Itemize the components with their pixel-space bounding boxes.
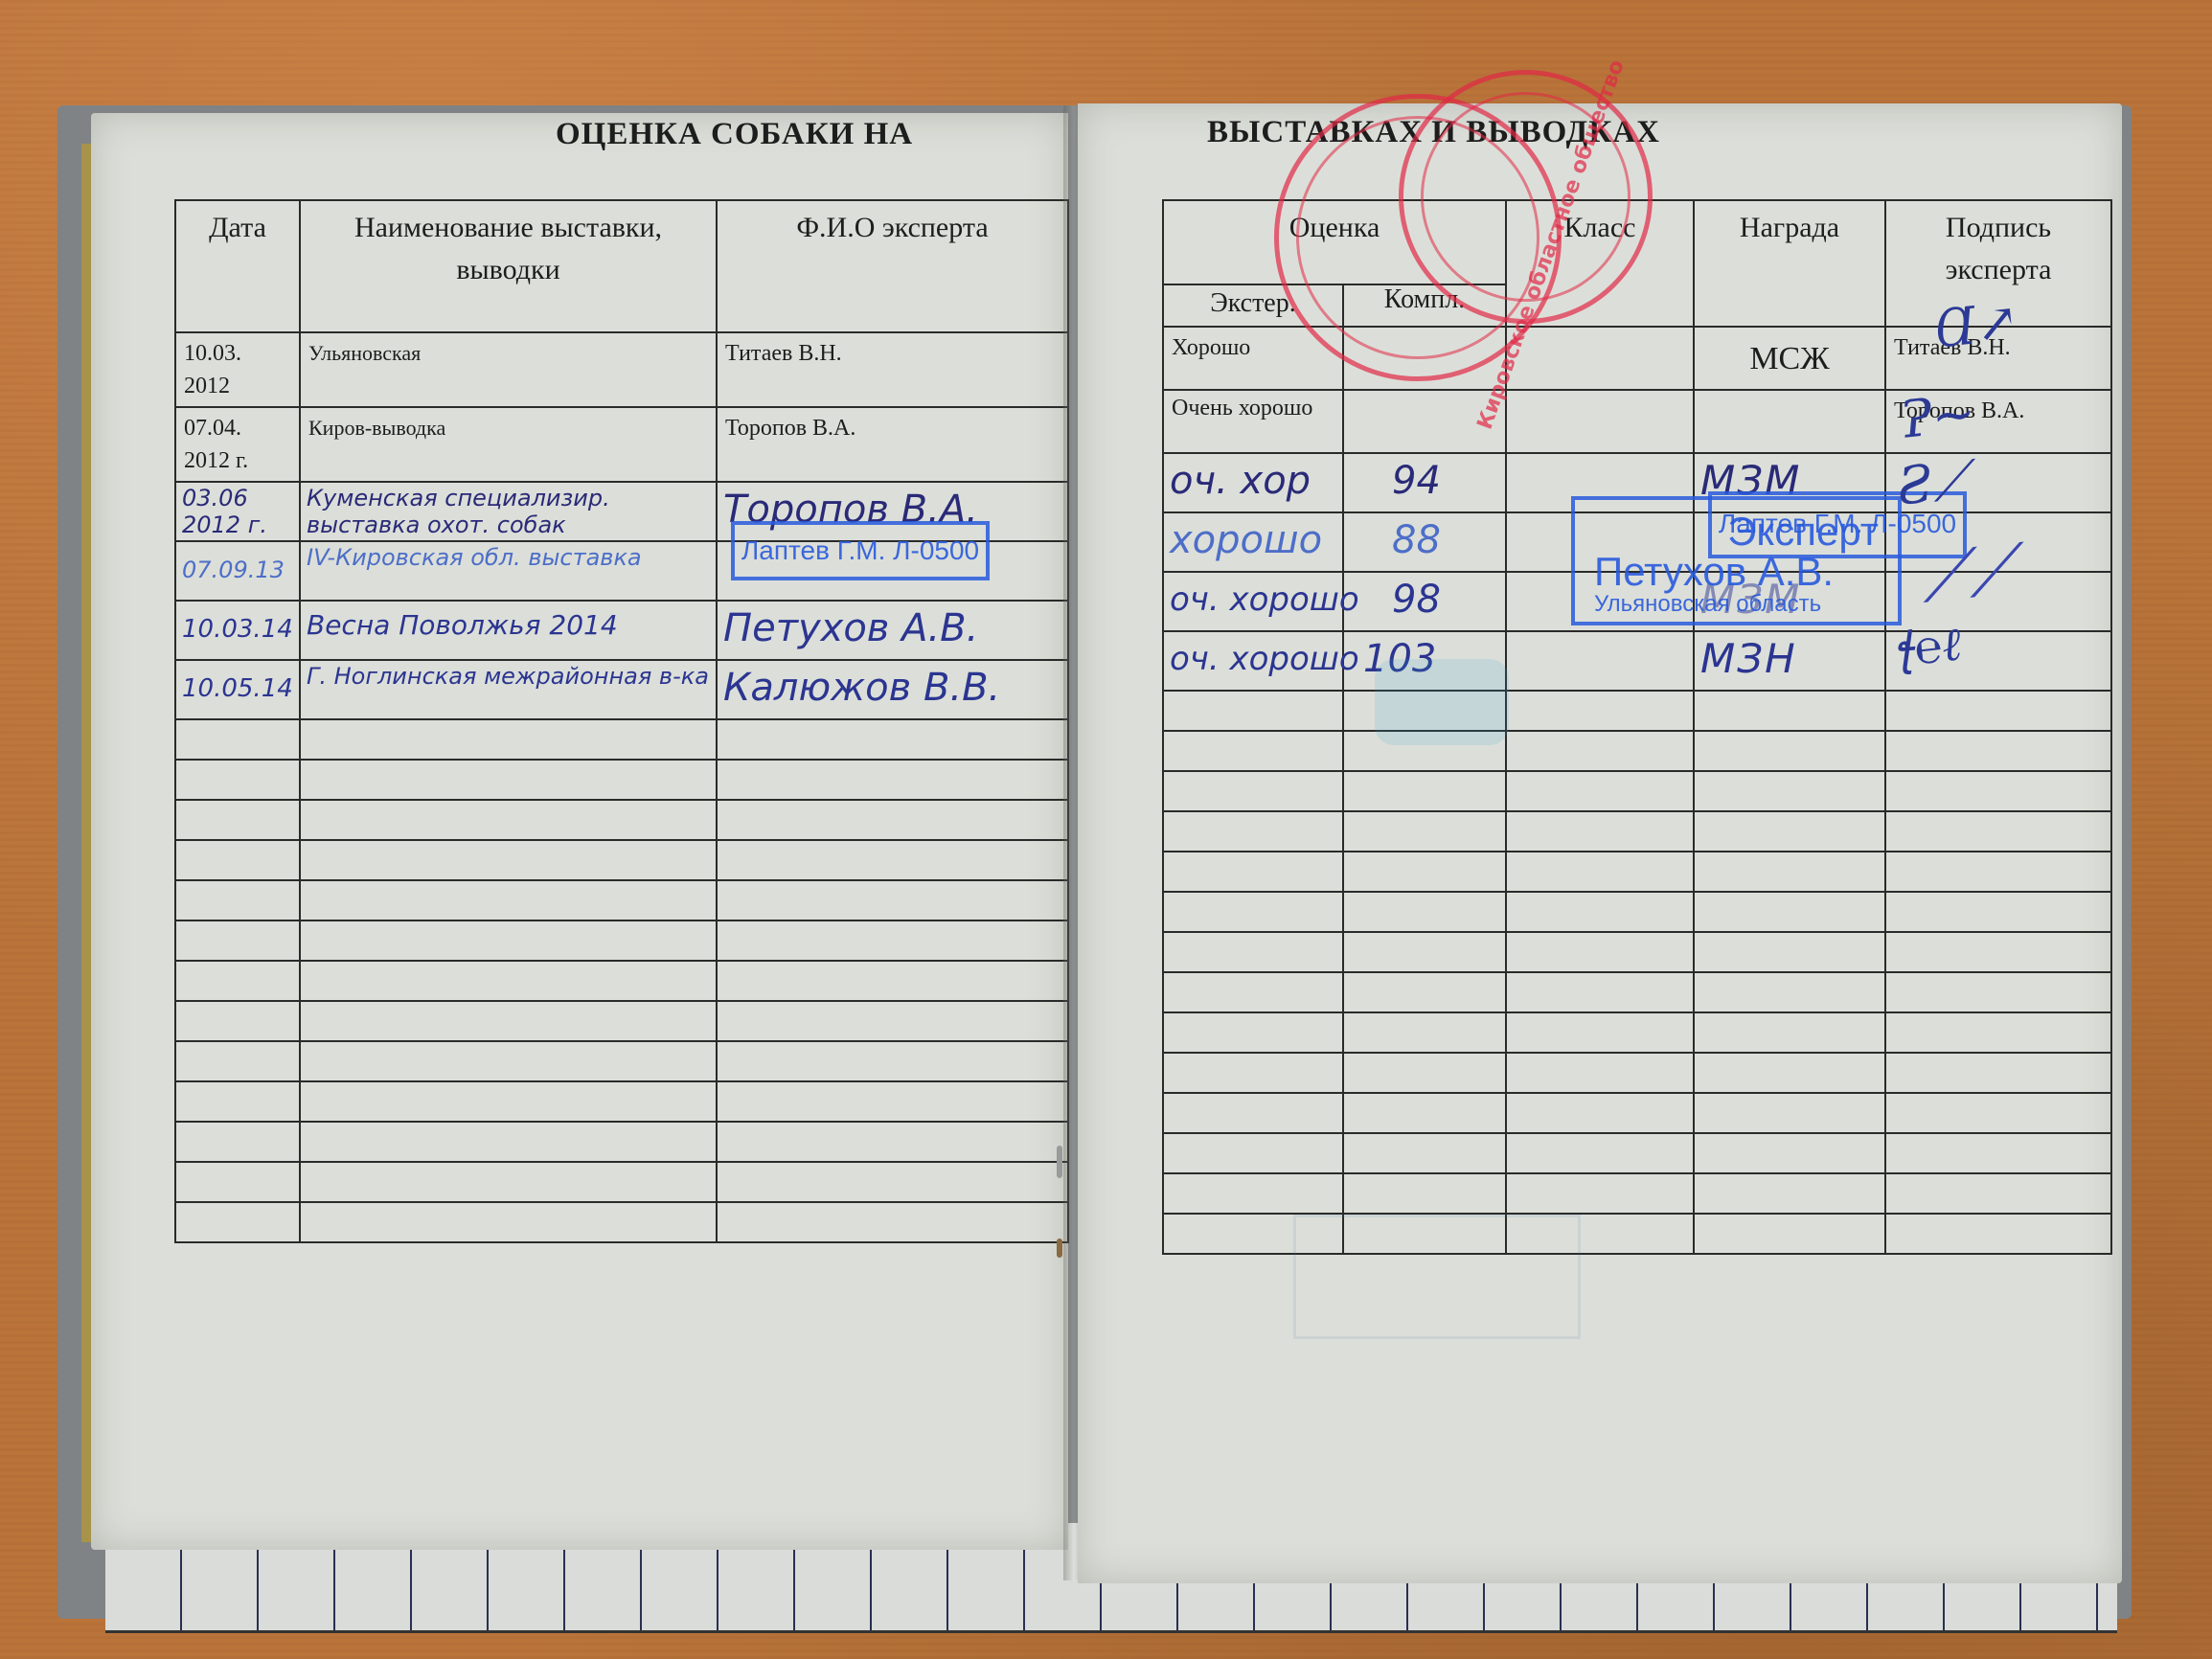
table-row: 10.03. 2012 Ульяновская Титаев В.Н. [175, 332, 1068, 407]
empty-cell [1694, 852, 1885, 892]
row-show: Г. Ноглинская межрайонная в-ка [300, 660, 717, 719]
row-award [1694, 390, 1885, 453]
empty-row [1163, 811, 2111, 852]
left-empty-rows [175, 719, 1068, 1242]
row-award: МЗМ [1694, 572, 1885, 631]
empty-cell [300, 1041, 717, 1081]
empty-row [175, 1001, 1068, 1041]
empty-row [1163, 771, 2111, 811]
empty-cell [1343, 892, 1506, 932]
empty-row [175, 1041, 1068, 1081]
row-working: 98 [1343, 572, 1506, 631]
page-title-left: ОЦЕНКА СОБАКИ НА [556, 117, 913, 152]
row-signature [1885, 572, 2111, 631]
empty-row [175, 1202, 1068, 1242]
empty-cell [1163, 1012, 1343, 1053]
empty-cell [717, 920, 1068, 961]
row-signature: Торопов В.А. [1885, 390, 2111, 453]
table-row: хорошо 88 [1163, 512, 2111, 572]
empty-cell [1163, 691, 1343, 731]
empty-cell [1163, 811, 1343, 852]
empty-cell [1694, 1173, 1885, 1214]
empty-cell [1694, 1012, 1885, 1053]
header-working: Компл. [1343, 284, 1506, 327]
empty-cell [1506, 691, 1694, 731]
empty-cell [1885, 852, 2111, 892]
empty-cell [717, 1081, 1068, 1122]
empty-cell [1343, 771, 1506, 811]
row-exterior: оч. хорошо [1163, 631, 1343, 691]
empty-row [1163, 731, 2111, 771]
empty-cell [717, 1041, 1068, 1081]
table-row: 03.06 2012 г. Куменская специализир. выс… [175, 482, 1068, 541]
bleed-through-stain [1375, 659, 1509, 745]
empty-row [1163, 1093, 2111, 1133]
row-expert-stamp-cell: Лаптев Г.М. Л-0500 [717, 541, 1068, 601]
header-exterior: Экстер. [1163, 284, 1343, 327]
row-signature [1885, 453, 2111, 512]
empty-row [1163, 691, 2111, 731]
table-row: оч. хорошо 103 МЗН [1163, 631, 2111, 691]
right-empty-rows [1163, 691, 2111, 1254]
empty-cell [175, 800, 300, 840]
row-exterior: Очень хорошо [1163, 390, 1343, 453]
row-award: МСЖ [1694, 327, 1885, 390]
header-class: Класс [1506, 200, 1694, 327]
row-exterior: Хорошо [1163, 327, 1343, 390]
empty-cell [1163, 771, 1343, 811]
empty-row [175, 1162, 1068, 1202]
empty-cell [717, 1001, 1068, 1041]
right-page: ВЫСТАВКАХ И ВЫВОДКАХ Оценка Класс Наград… [1078, 103, 2122, 1583]
row-class [1506, 631, 1694, 691]
row-class [1506, 390, 1694, 453]
staple [1057, 1239, 1062, 1258]
row-show: Куменская специализир. выставка охот. со… [300, 482, 717, 541]
row-expert: Торопов В.А. [717, 407, 1068, 482]
row-exterior: оч. хор [1163, 453, 1343, 512]
empty-cell [1163, 1173, 1343, 1214]
header-rating: Оценка [1163, 200, 1506, 284]
row-award [1694, 512, 1885, 572]
empty-row [175, 840, 1068, 880]
empty-cell [1885, 731, 2111, 771]
empty-cell [1343, 972, 1506, 1012]
row-show: Ульяновская [300, 332, 717, 407]
empty-cell [1163, 1133, 1343, 1173]
empty-cell [1163, 932, 1343, 972]
row-show: IV-Кировская обл. выставка [300, 541, 717, 601]
empty-cell [1506, 771, 1694, 811]
empty-cell [1694, 731, 1885, 771]
empty-cell [1885, 771, 2111, 811]
empty-row [1163, 932, 2111, 972]
row-exterior: оч. хорошо [1163, 572, 1343, 631]
staple [1057, 1146, 1062, 1178]
empty-cell [1506, 932, 1694, 972]
empty-cell [1694, 932, 1885, 972]
empty-cell [175, 760, 300, 800]
empty-cell [1506, 1053, 1694, 1093]
empty-cell [1694, 1053, 1885, 1093]
empty-cell [717, 880, 1068, 920]
empty-cell [1163, 1093, 1343, 1133]
empty-cell [1885, 972, 2111, 1012]
row-class [1506, 453, 1694, 512]
empty-cell [1694, 1093, 1885, 1133]
empty-cell [300, 760, 717, 800]
empty-cell [1694, 771, 1885, 811]
row-date: 10.03. 2012 [175, 332, 300, 407]
bleed-through-stamp [1293, 1215, 1581, 1339]
empty-cell [1163, 892, 1343, 932]
empty-cell [717, 800, 1068, 840]
row-signature [1885, 631, 2111, 691]
empty-cell [1506, 1012, 1694, 1053]
empty-cell [1506, 1133, 1694, 1173]
empty-cell [1694, 811, 1885, 852]
empty-row [175, 1122, 1068, 1162]
left-table: Дата Наименование выставки, выводки Ф.И.… [174, 199, 1069, 1243]
empty-cell [175, 920, 300, 961]
empty-row [175, 880, 1068, 920]
empty-cell [300, 920, 717, 961]
empty-cell [175, 1041, 300, 1081]
empty-cell [1506, 972, 1694, 1012]
row-working: 88 [1343, 512, 1506, 572]
empty-cell [1343, 1012, 1506, 1053]
row-class [1506, 512, 1694, 572]
empty-cell [717, 760, 1068, 800]
row-expert: Петухов А.В. [717, 601, 1068, 660]
empty-cell [175, 1202, 300, 1242]
empty-row [1163, 1133, 2111, 1173]
row-expert: Торопов В.А. [717, 482, 1068, 541]
row-class [1506, 572, 1694, 631]
row-date: 10.03.14 [175, 601, 300, 660]
right-table: Оценка Класс Награда Подпись эксперта Эк… [1162, 199, 2112, 1255]
empty-cell [300, 1122, 717, 1162]
empty-cell [1885, 1133, 2111, 1173]
empty-cell [1163, 1053, 1343, 1093]
empty-cell [717, 1162, 1068, 1202]
row-working: 94 [1343, 453, 1506, 512]
empty-cell [1343, 811, 1506, 852]
empty-cell [1506, 1093, 1694, 1133]
table-row: 07.04. 2012 г. Киров-выводка Торопов В.А… [175, 407, 1068, 482]
empty-cell [1885, 892, 2111, 932]
table-row: оч. хорошо 98 МЗМ [1163, 572, 2111, 631]
header-expert: Ф.И.О эксперта [717, 200, 1068, 332]
empty-cell [300, 1162, 717, 1202]
empty-cell [175, 1001, 300, 1041]
empty-cell [1694, 691, 1885, 731]
empty-row [1163, 852, 2111, 892]
empty-row [1163, 972, 2111, 1012]
empty-cell [717, 1122, 1068, 1162]
row-expert: Калюжов В.В. [717, 660, 1068, 719]
empty-cell [1885, 1214, 2111, 1254]
empty-cell [1885, 811, 2111, 852]
empty-cell [175, 719, 300, 760]
empty-cell [1343, 1053, 1506, 1093]
row-award: МЗМ [1694, 453, 1885, 512]
empty-row [175, 961, 1068, 1001]
empty-cell [1163, 731, 1343, 771]
empty-cell [175, 880, 300, 920]
row-date: 03.06 2012 г. [175, 482, 300, 541]
empty-cell [1506, 1173, 1694, 1214]
empty-cell [1694, 972, 1885, 1012]
row-class [1506, 327, 1694, 390]
empty-cell [1885, 1093, 2111, 1133]
row-signature: Титаев В.Н. [1885, 327, 2111, 390]
table-row: 07.09.13 IV-Кировская обл. выставка Лапт… [175, 541, 1068, 601]
table-row: Хорошо МСЖ Титаев В.Н. [1163, 327, 2111, 390]
row-show: Киров-выводка [300, 407, 717, 482]
row-award: МЗН [1694, 631, 1885, 691]
empty-row [175, 800, 1068, 840]
row-show: Весна Поволжья 2014 [300, 601, 717, 660]
empty-cell [1885, 932, 2111, 972]
header-expert-signature: Подпись эксперта [1885, 200, 2111, 327]
table-row: Очень хорошо Торопов В.А. [1163, 390, 2111, 453]
empty-cell [717, 961, 1068, 1001]
header-award: Награда [1694, 200, 1885, 327]
row-working [1343, 390, 1506, 453]
empty-cell [300, 1202, 717, 1242]
empty-cell [717, 1202, 1068, 1242]
empty-cell [1694, 892, 1885, 932]
empty-cell [1343, 1173, 1506, 1214]
empty-row [1163, 892, 2111, 932]
header-show-name: Наименование выставки, выводки [300, 200, 717, 332]
empty-cell [717, 719, 1068, 760]
empty-row [175, 719, 1068, 760]
empty-cell [175, 961, 300, 1001]
empty-cell [300, 961, 717, 1001]
empty-cell [1343, 1133, 1506, 1173]
empty-row [175, 760, 1068, 800]
row-expert: Титаев В.Н. [717, 332, 1068, 407]
empty-cell [300, 1081, 717, 1122]
empty-cell [1343, 1093, 1506, 1133]
empty-cell [300, 840, 717, 880]
empty-cell [175, 840, 300, 880]
empty-cell [300, 719, 717, 760]
empty-cell [300, 800, 717, 840]
table-row: 10.05.14 Г. Ноглинская межрайонная в-ка … [175, 660, 1068, 719]
empty-cell [717, 840, 1068, 880]
empty-cell [1163, 972, 1343, 1012]
empty-cell [1506, 811, 1694, 852]
empty-cell [175, 1162, 300, 1202]
empty-cell [1885, 1012, 2111, 1053]
empty-cell [1163, 852, 1343, 892]
empty-row [1163, 1173, 2111, 1214]
header-date: Дата [175, 200, 300, 332]
empty-cell [300, 1001, 717, 1041]
empty-row [175, 1081, 1068, 1122]
empty-cell [1885, 1173, 2111, 1214]
table-row: 10.03.14 Весна Поволжья 2014 Петухов А.В… [175, 601, 1068, 660]
empty-cell [175, 1122, 300, 1162]
empty-cell [1343, 852, 1506, 892]
left-page: ОЦЕНКА СОБАКИ НА Дата Наименование выста… [91, 113, 1068, 1550]
row-date: 10.05.14 [175, 660, 300, 719]
empty-row [1163, 1012, 2111, 1053]
empty-cell [1694, 1214, 1885, 1254]
row-exterior: хорошо [1163, 512, 1343, 572]
row-date: 07.09.13 [175, 541, 300, 601]
empty-cell [1885, 1053, 2111, 1093]
page-title-right: ВЫСТАВКАХ И ВЫВОДКАХ [1207, 115, 1660, 150]
empty-cell [1885, 691, 2111, 731]
row-signature [1885, 512, 2111, 572]
empty-row [175, 920, 1068, 961]
empty-cell [1506, 731, 1694, 771]
empty-cell [1694, 1133, 1885, 1173]
empty-cell [175, 1081, 300, 1122]
row-working [1343, 327, 1506, 390]
table-row: оч. хор 94 МЗМ [1163, 453, 2111, 512]
empty-cell [1343, 932, 1506, 972]
row-date: 07.04. 2012 г. [175, 407, 300, 482]
empty-row [1163, 1053, 2111, 1093]
empty-cell [1506, 892, 1694, 932]
empty-cell [300, 880, 717, 920]
empty-cell [1506, 852, 1694, 892]
